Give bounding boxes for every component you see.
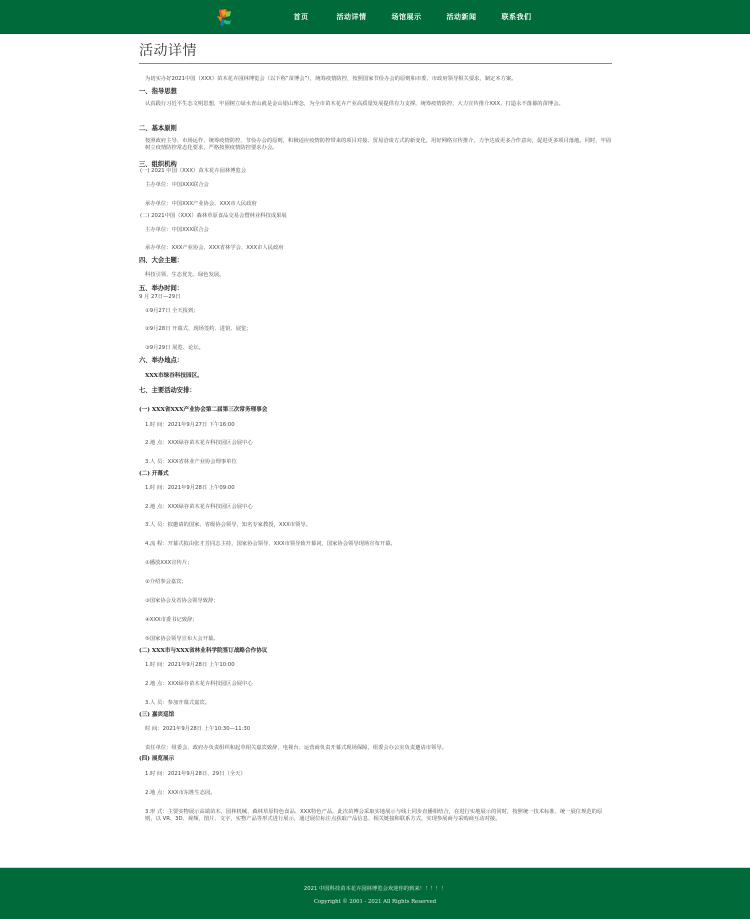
activity-4-duty: 责任单位：组委会、政府办负责组织和起草相关嘉宾致辞，电视台、运营商负责开幕式现场… (145, 745, 447, 752)
footer-welcome-text: 2021 中国科技苗木花卉园林博览会欢迎你的到来！！！！！ (0, 884, 750, 892)
activity-5-form: 3.形 式：主要实物展示高端苗木、园林机械、森林草原特色食品、XXX特色产品，此… (145, 809, 612, 823)
nav-activity-news[interactable]: 活动新闻 (434, 0, 489, 34)
activity-2-people: 3.人 员：拟邀请的国家、省级协会领导，知名专家教授，XXX市领导。 (145, 522, 311, 529)
intro-paragraph: 为切实办好2021中国（XXX）苗木花卉园林博览会（以下称“苗博会”），统筹疫情… (145, 76, 615, 83)
activity-5-title: (四) 展览展示 (139, 755, 174, 764)
activity-3-time: 1.时 间：2021年9月28日 上午10:00 (145, 662, 235, 669)
footer-copyright: Copyright © 2001 - 2021 All Rights Reser… (0, 899, 750, 905)
section-heading-basic-principles: 二、基本原则 (139, 124, 177, 133)
opening-step: ②介绍参会嘉宾； (145, 579, 187, 586)
section-heading-activities: 七、主要活动安排： (139, 386, 196, 395)
schedule-item: ①9月27日 全天报到； (145, 308, 199, 315)
activity-3-place: 2.地 点：XXX绿谷苗木花卉科技园区会展中心 (145, 681, 253, 688)
org-1-title: (一) 2021 中国（XXX）苗木花卉园林博览会 (140, 168, 246, 175)
nav-home[interactable]: 首页 (278, 0, 324, 34)
activity-2-time: 1.时 间：2021年9月28日 上午09:00 (145, 485, 235, 492)
nav-venue-showcase[interactable]: 场馆展示 (379, 0, 434, 34)
org-2-co-organizer: 承办单位：XXX产业协会、XXX省林学会、XXX市人民政府 (145, 245, 284, 252)
section-text-venue: XXX市绿谷科技园区。 (145, 372, 203, 381)
section-heading-theme: 四、大会主题： (139, 256, 183, 265)
site-header: 首页 活动详情 场馆展示 活动新闻 联系我们 (0, 0, 750, 34)
activity-1-title: (一) XXX省XXX产业协会第二届第三次常务理事会 (139, 406, 267, 415)
schedule-item: ③9月29日 展览、论坛。 (145, 345, 204, 352)
activity-5-place: 2.地 点：XXX市东胜生态园。 (145, 790, 216, 797)
activity-4-title: (三) 嘉宾巡馆 (139, 711, 174, 720)
activity-3-people: 3.人 员：参加开幕式嘉宾。 (145, 700, 210, 707)
org-1-co-organizer: 承办单位：中国XXX产业协会、XXX市人民政府 (145, 201, 257, 208)
activity-3-title: (二) XXX市与XXX省林业科学院签订战略合作协议 (139, 647, 267, 656)
main-nav: 首页 活动详情 场馆展示 活动新闻 联系我们 (278, 0, 544, 34)
activity-2-title: (二) 开幕式 (139, 470, 169, 479)
event-date-range: 9 月 27日—29日 (139, 294, 180, 301)
section-text-basic-principles: 按照政府主导、市场运作、统筹疫情防控、节俭办会的原则，积极适应疫情防控带来的项目… (145, 138, 612, 152)
opening-step: ⑤国家协会领导宣布大会开幕。 (145, 636, 219, 643)
page-title: 活动详情 (139, 40, 612, 64)
site-footer: 2021 中国科技苗木花卉园林博览会欢迎你的到来！！！！！ Copyright … (0, 867, 750, 919)
flower-logo-icon[interactable] (213, 8, 235, 28)
section-text-theme: 科技引领、生态优先、绿色发展。 (145, 272, 224, 279)
section-text-guiding-ideology: 认真践行习近平生态文明思想，牢固树立绿水青山就是金山银山理念，为全市苗木花卉产业… (145, 101, 612, 108)
activity-2-place: 2.地 点：XXX绿谷苗木花卉科技园区会展中心 (145, 504, 253, 511)
activity-1-place: 2.地 点：XXX绿谷苗木花卉科技园区会展中心 (145, 440, 253, 447)
activity-1-time: 1.时 间：2021年9月27日 下午16:00 (145, 422, 235, 429)
org-2-host: 主办单位：中国XXX联合会 (145, 227, 209, 234)
nav-activity-details[interactable]: 活动详情 (324, 0, 379, 34)
activity-5-time: 1.时 间：2021年9月28日、29日（全天） (145, 771, 246, 778)
opening-step: ④XXX市委书记致辞； (145, 617, 198, 624)
section-heading-venue: 六、举办地点： (139, 356, 183, 365)
section-heading-time: 五、举办时间： (139, 284, 183, 293)
article-content: 活动详情 (139, 40, 612, 72)
schedule-item: ②9月28日 开幕式、现场签约、进馆、展览； (145, 326, 252, 333)
opening-step: ③国家协会及省协会领导致辞； (145, 598, 219, 605)
section-heading-guiding-ideology: 一、指导思想 (139, 87, 177, 96)
activity-2-flow: 4.流 程：开幕式拟由张才芳同志主持，国家协会领导、XXX市领导致开幕词，国家协… (145, 541, 396, 548)
activity-1-people: 3.人 员：XXX省林业产业协会理事单位 (145, 459, 237, 466)
nav-contact-us[interactable]: 联系我们 (489, 0, 544, 34)
activity-4-time: 时 间：2021年9月28日 上午10:30—11:30 (145, 726, 250, 733)
opening-step: ①播放XXX宣传片； (145, 560, 192, 567)
org-1-host: 主办单位：中国XXX联合会 (145, 182, 209, 189)
org-2-title: (二) 2021中国（XXX）森林草原食品交易会暨林业科技成果展 (140, 213, 287, 220)
